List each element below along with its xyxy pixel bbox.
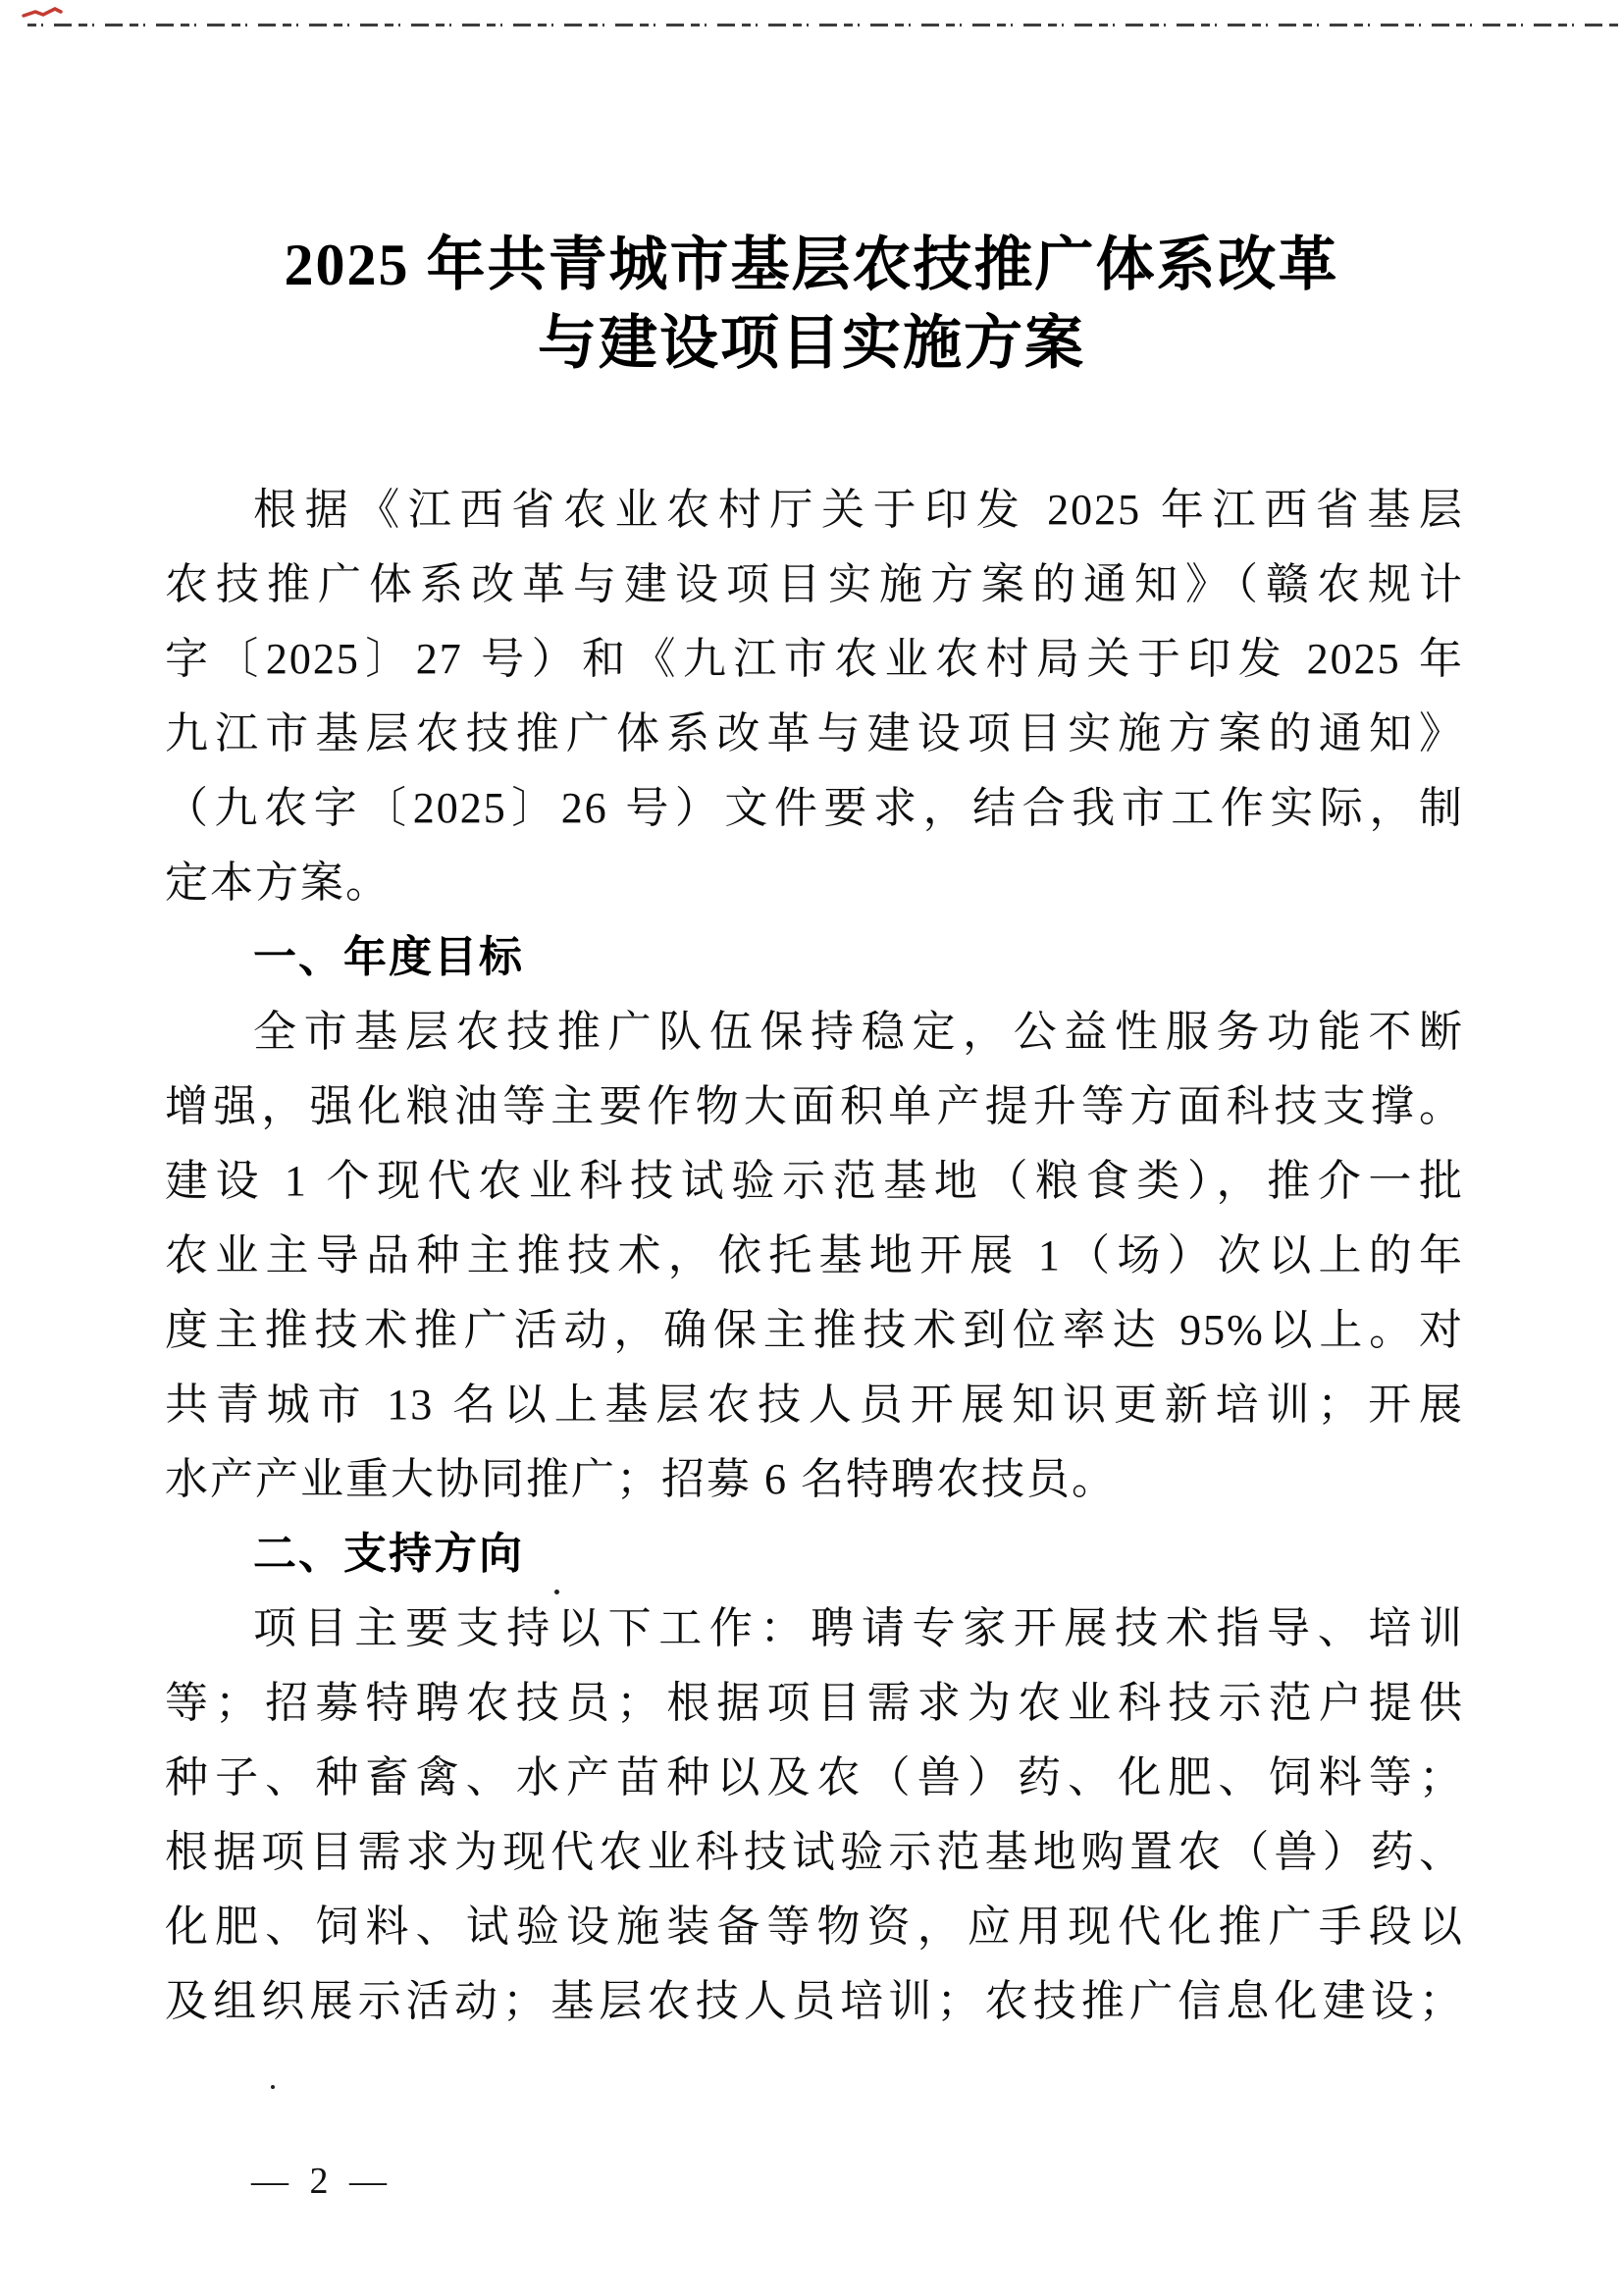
body-line: 农业主导品种主推技术，依托基地开展 1（场）次以上的年 xyxy=(165,1219,1464,1293)
body-line: 种子、种畜禽、水产苗种以及农（兽）药、化肥、饲料等； xyxy=(165,1741,1464,1815)
body-line: 农技推广体系改革与建设项目实施方案的通知》（赣农规计 xyxy=(165,548,1464,622)
document-title-line-2: 与建设项目实施方案 xyxy=(0,304,1623,383)
body-line: 水产产业重大协同推广；招募 6 名特聘农技员。 xyxy=(165,1442,1464,1517)
scan-artifact-red-mark-icon xyxy=(22,4,63,22)
section-heading: 一、年度目标 xyxy=(165,920,1464,995)
body-line: 等；招募特聘农技员；根据项目需求为农业科技示范户提供 xyxy=(165,1666,1464,1741)
body-line: 根据项目需求为现代农业科技试验示范基地购置农（兽）药、 xyxy=(165,1815,1464,1890)
body-line: 根据《江西省农业农村厅关于印发 2025 年江西省基层 xyxy=(165,473,1464,548)
body-line: 字〔2025〕27 号）和《九江市农业农村局关于印发 2025 年 xyxy=(165,622,1464,697)
page-number: — 2 — xyxy=(251,2157,393,2206)
red-mark-strokes xyxy=(22,4,63,22)
document-body: 根据《江西省农业农村厅关于印发 2025 年江西省基层农技推广体系改革与建设项目… xyxy=(165,473,1464,2039)
scan-artifact-dashed-line xyxy=(27,24,1623,26)
body-line: 九江市基层农技推广体系改革与建设项目实施方案的通知》 xyxy=(165,697,1464,771)
section-heading: 二、支持方向 xyxy=(165,1517,1464,1592)
body-line: 建设 1 个现代农业科技试验示范基地（粮食类），推介一批 xyxy=(165,1144,1464,1219)
scan-artifact-speck xyxy=(271,2085,275,2089)
body-line: 化肥、饲料、试验设施装备等物资，应用现代化推广手段以 xyxy=(165,1890,1464,1964)
body-line: 全市基层农技推广队伍保持稳定，公益性服务功能不断 xyxy=(165,995,1464,1070)
body-line: 定本方案。 xyxy=(165,846,1464,920)
document-title-line-1: 2025 年共青城市基层农技推广体系改革 xyxy=(0,226,1623,304)
document-title: 2025 年共青城市基层农技推广体系改革 与建设项目实施方案 xyxy=(0,226,1623,383)
body-line: 度主推技术推广活动，确保主推技术到位率达 95%以上。对 xyxy=(165,1293,1464,1368)
body-line: 增强，强化粮油等主要作物大面积单产提升等方面科技支撑。 xyxy=(165,1070,1464,1144)
body-line: 项目主要支持以下工作：聘请专家开展技术指导、培训 xyxy=(165,1592,1464,1666)
body-line: 共青城市 13 名以上基层农技人员开展知识更新培训；开展 xyxy=(165,1368,1464,1442)
body-line: （九农字〔2025〕26 号）文件要求，结合我市工作实际，制 xyxy=(165,771,1464,846)
document-page: 2025 年共青城市基层农技推广体系改革 与建设项目实施方案 根据《江西省农业农… xyxy=(0,0,1623,2296)
body-line: 及组织展示活动；基层农技人员培训；农技推广信息化建设； xyxy=(165,1964,1464,2039)
